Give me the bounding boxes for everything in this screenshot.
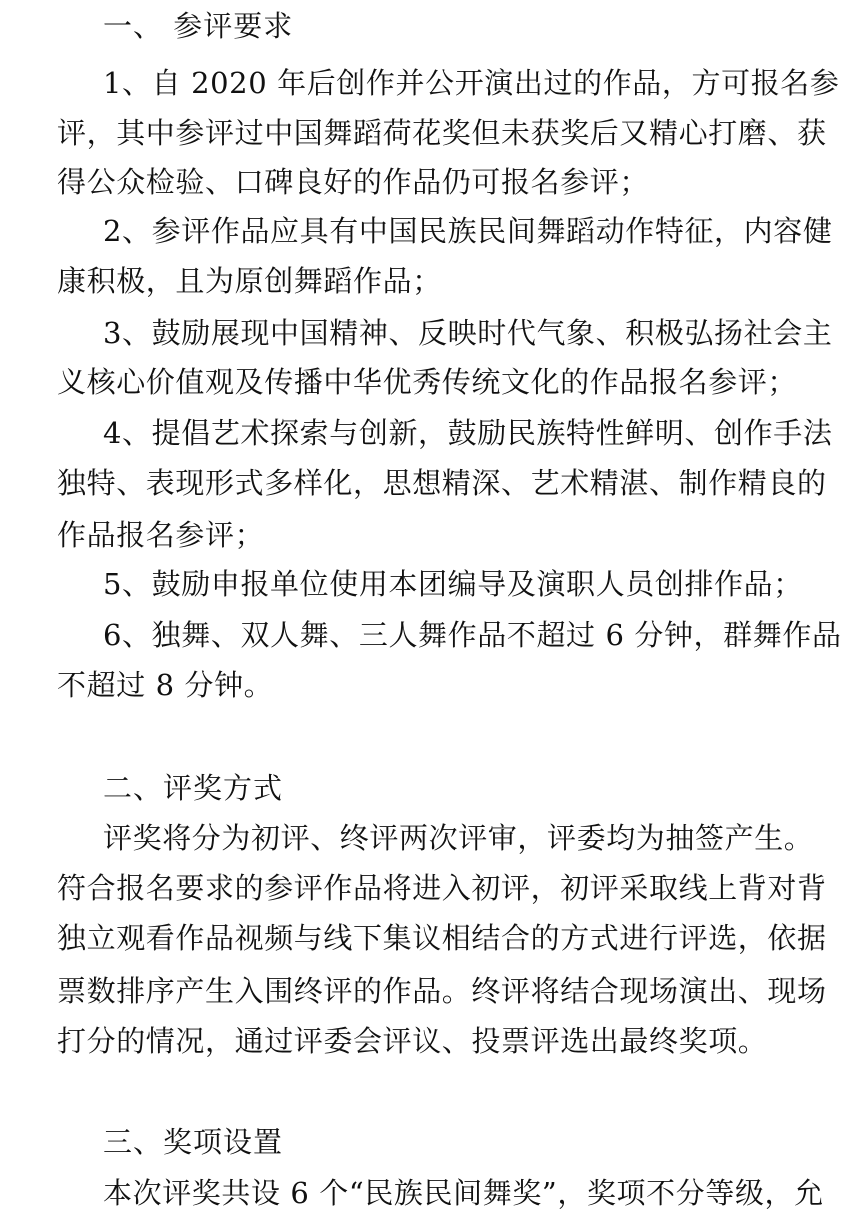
section-1-line-8: 4、提倡艺术探索与创新，鼓励民族特性鲜明、创作手法	[103, 415, 863, 451]
section-2-line-5: 打分的情况，通过评委会评议、投票评选出最终奖项。	[57, 1023, 817, 1059]
section-2-heading: 二、评奖方式	[103, 770, 863, 806]
section-1-line-3: 得公众检验、口碑良好的作品仍可报名参评；	[57, 164, 817, 200]
section-2-line-1: 评奖将分为初评、终评两次评审，评委均为抽签产生。	[103, 820, 863, 856]
section-1-line-4: 2、参评作品应具有中国民族民间舞蹈动作特征，内容健	[103, 213, 863, 249]
section-3-line-1: 本次评奖共设 6 个“民族民间舞奖”，奖项不分等级，允	[103, 1175, 863, 1211]
section-1-line-10: 作品报名参评；	[57, 517, 817, 553]
section-1-line-5: 康积极，且为原创舞蹈作品；	[57, 263, 817, 299]
section-1-line-9: 独特、表现形式多样化，思想精深、艺术精湛、制作精良的	[57, 465, 817, 501]
section-1-line-2: 评，其中参评过中国舞蹈荷花奖但未获奖后又精心打磨、获	[57, 115, 817, 151]
section-1-heading: 一、 参评要求	[103, 8, 863, 44]
section-1-line-6: 3、鼓励展现中国精神、反映时代气象、积极弘扬社会主	[103, 315, 863, 351]
section-2-line-2: 符合报名要求的参评作品将进入初评，初评采取线上背对背	[57, 870, 817, 906]
section-3-heading: 三、奖项设置	[103, 1124, 863, 1160]
section-1-line-11: 5、鼓励申报单位使用本团编导及演职人员创排作品；	[103, 566, 863, 602]
section-1-line-1: 1、自 2020 年后创作并公开演出过的作品，方可报名参	[103, 65, 863, 101]
section-1-line-12: 6、独舞、双人舞、三人舞作品不超过 6 分钟，群舞作品	[103, 617, 863, 653]
section-1-line-13: 不超过 8 分钟。	[57, 667, 817, 703]
section-1-line-7: 义核心价值观及传播中华优秀传统文化的作品报名参评；	[57, 364, 817, 400]
section-2-line-3: 独立观看作品视频与线下集议相结合的方式进行评选，依据	[57, 920, 817, 956]
section-2-line-4: 票数排序产生入围终评的作品。终评将结合现场演出、现场	[57, 973, 817, 1009]
